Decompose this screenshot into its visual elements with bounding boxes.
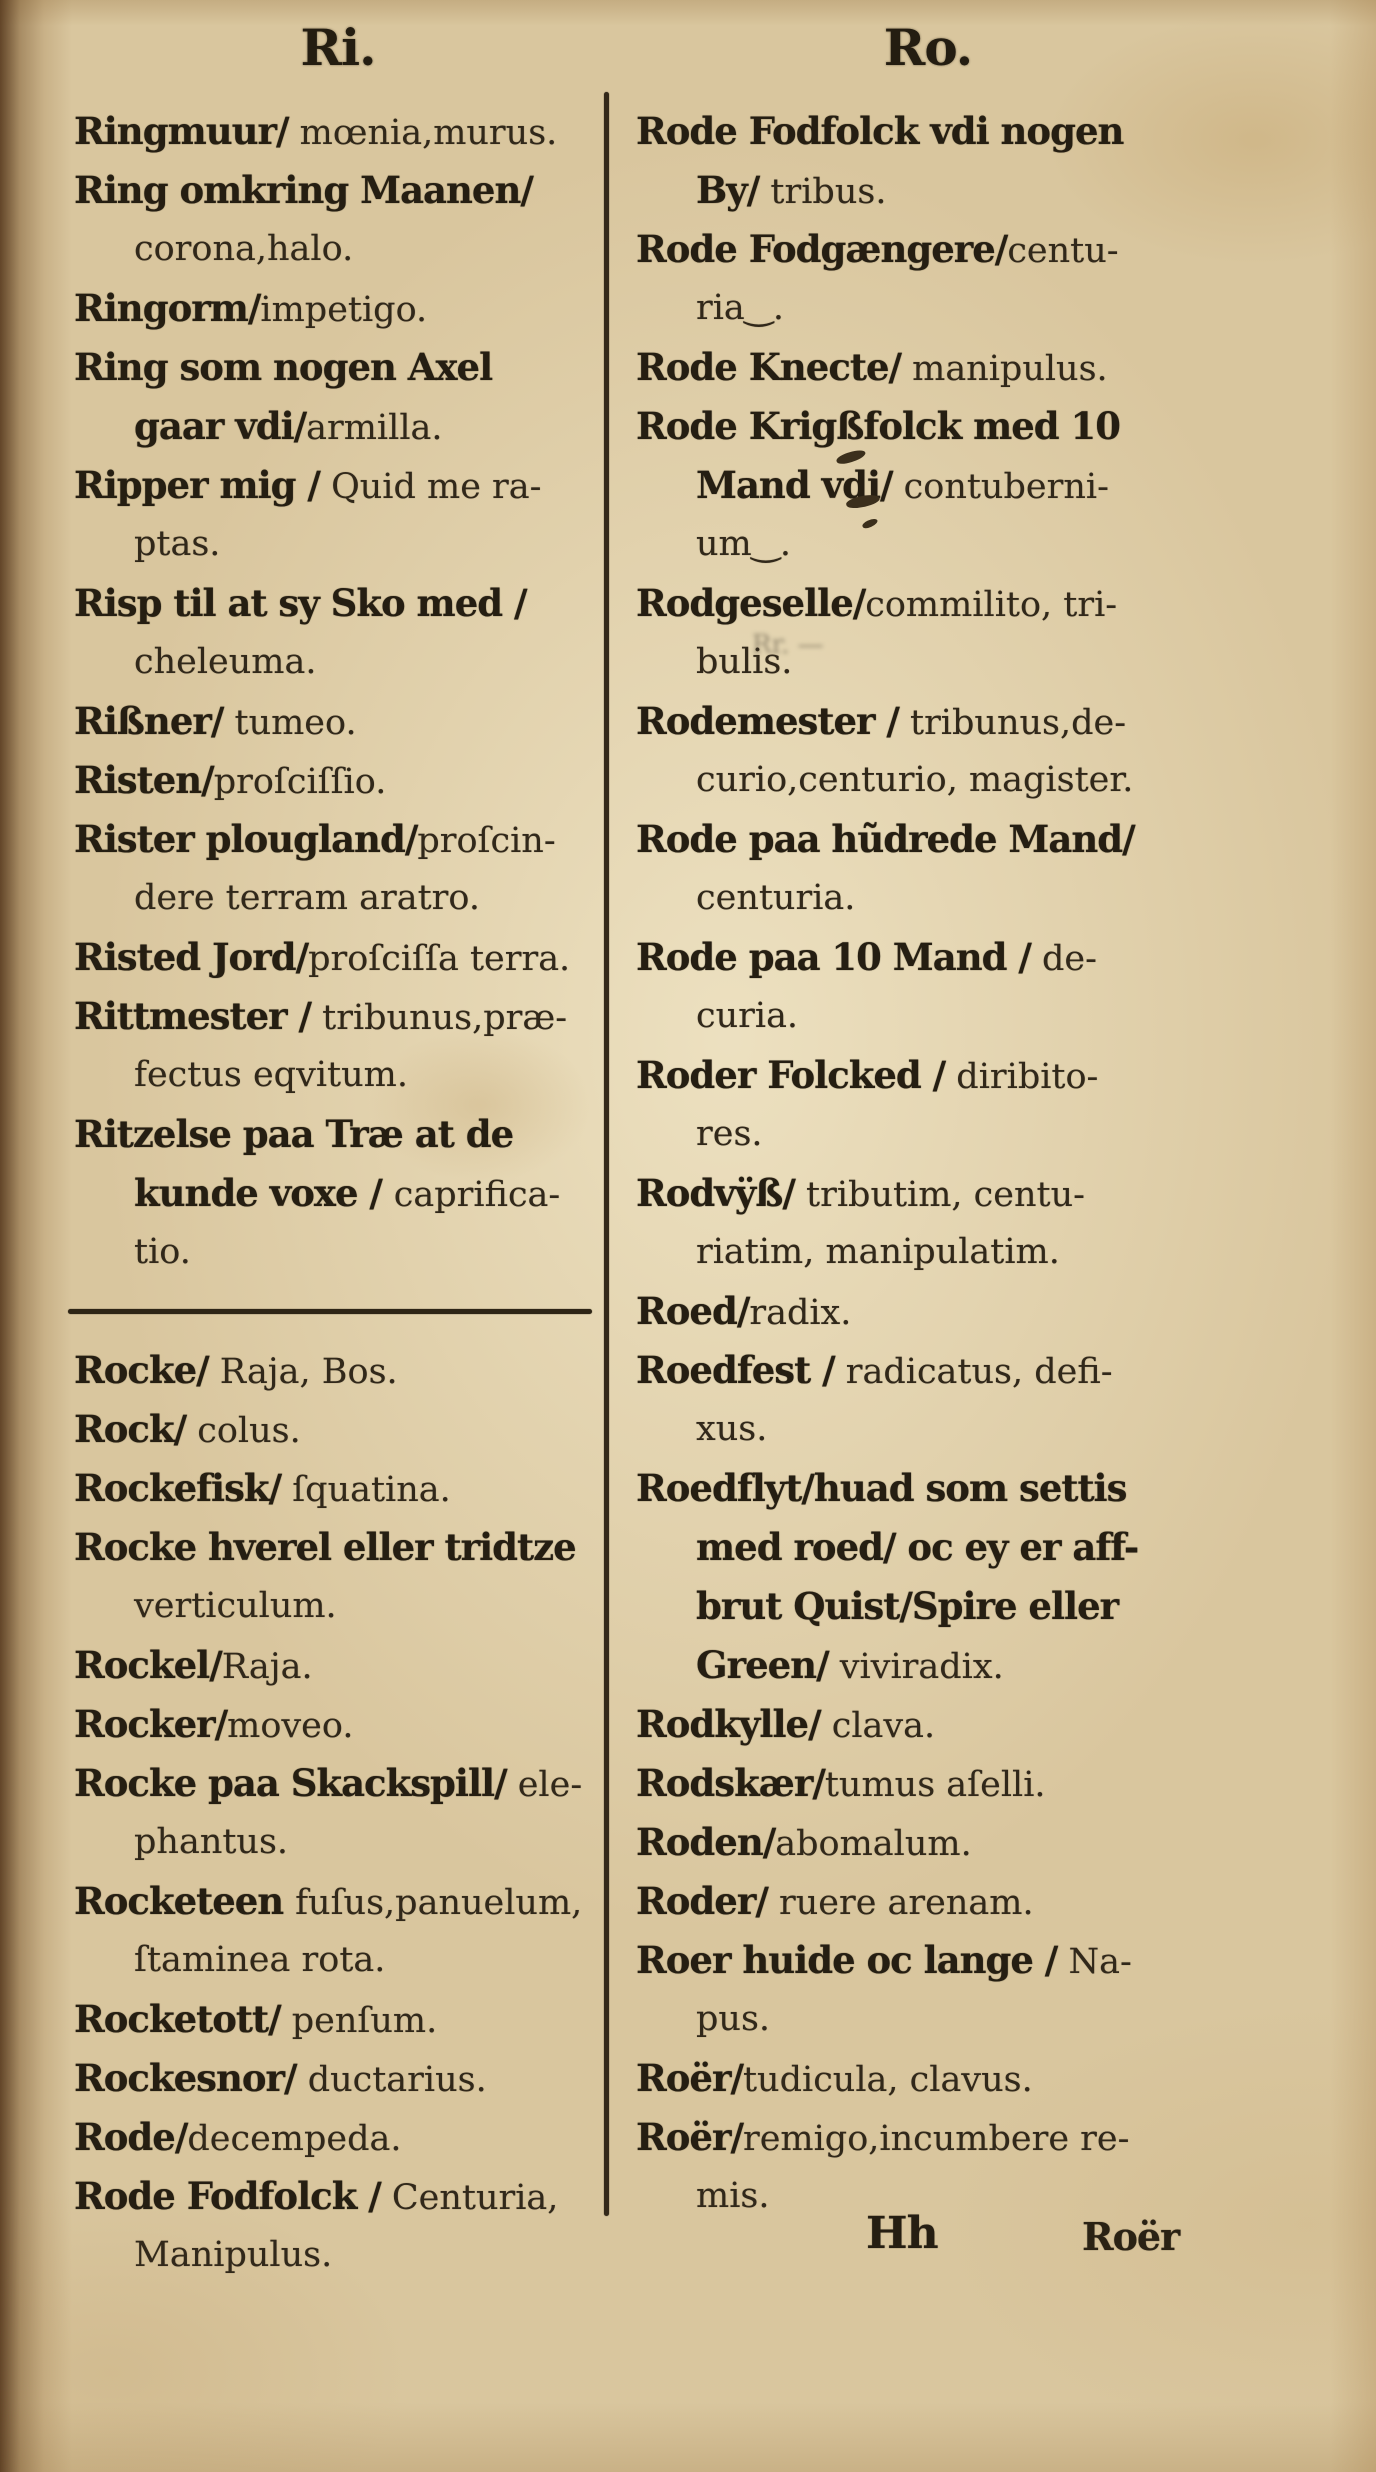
right-column-header: Ro. (636, 18, 1220, 102)
headword-blackletter-text: Rißner/ (74, 699, 223, 743)
latin-gloss-text: corona,halo. (134, 229, 353, 269)
headword-blackletter-text: Risp til at sy Sko med / (74, 581, 527, 625)
latin-gloss-text: curio,centurio, magister. (696, 760, 1133, 800)
dictionary-entry-line: med roed/ oc ey er aff- (636, 1518, 1220, 1577)
dictionary-entry-line: Rodemester / tribunus,de- (636, 692, 1220, 751)
latin-gloss-text: ptas. (134, 524, 220, 564)
headword-blackletter-text: Ring omkring Maanen/ (74, 168, 533, 212)
headword-blackletter-text: Roër/ (636, 2115, 743, 2159)
headword-blackletter-text: Green/ (696, 1643, 829, 1687)
dictionary-entry-line: Rockefisk/ ſquatina. (74, 1459, 602, 1518)
latin-gloss-text: verticulum. (134, 1586, 337, 1626)
headword-blackletter-text: Rister plougland/ (74, 817, 417, 861)
headword-blackletter-text: Rock/ (74, 1407, 186, 1451)
latin-gloss-text: Raja. (222, 1647, 313, 1687)
latin-gloss-text: mis. (696, 2176, 769, 2216)
latin-gloss-text: phantus. (134, 1822, 288, 1862)
dictionary-entry-line: centuria. (636, 869, 1220, 928)
headword-blackletter-text: Rodgeselle/ (636, 581, 865, 625)
dictionary-entry-line: ptas. (74, 515, 602, 574)
right-column-lines: Rode Fodfolck vdi nogenBy/ tribus.Rode F… (636, 102, 1220, 2226)
latin-gloss-text: Na- (1057, 1942, 1131, 1982)
scanned-book-page: { "page": { "left_header": "Ri.", "right… (0, 0, 1376, 2472)
dictionary-entry-line: Rode Krigßfolck med 10 (636, 397, 1220, 456)
dictionary-entry-line: Rocker/moveo. (74, 1695, 602, 1754)
dictionary-entry-line: pus. (636, 1990, 1220, 2049)
latin-gloss-text: ria‿. (696, 288, 784, 328)
latin-gloss-text: tribunus,de- (899, 703, 1126, 743)
dictionary-entry-line: Rocke paa Skackspill/ ele- (74, 1754, 602, 1813)
dictionary-entry-line: Rode/decempeda. (74, 2108, 602, 2167)
headword-blackletter-text: Ring som nogen Axel (74, 345, 492, 389)
left-column: Ri. Ringmuur/ mœnia,murus.Ring omkring M… (74, 18, 602, 2285)
dictionary-entry-line: Rittmester / tribunus,præ- (74, 987, 602, 1046)
left-column-header: Ri. (74, 18, 602, 102)
dictionary-entry-line: corona,halo. (74, 220, 602, 279)
latin-gloss-text: de- (1031, 939, 1097, 979)
dictionary-entry-line: gaar vdi/armilla. (74, 397, 602, 456)
headword-blackletter-text: Rocke/ (74, 1348, 209, 1392)
latin-gloss-text: tribus. (759, 172, 886, 212)
headword-blackletter-text: Rode Fodfolck vdi nogen (636, 109, 1123, 153)
latin-gloss-text: decempeda. (187, 2119, 401, 2159)
latin-gloss-text: fuſus,panuelum, (295, 1883, 582, 1923)
latin-gloss-text: Centuria, (381, 2178, 559, 2218)
dictionary-entry-line: Rode paa 10 Mand / de- (636, 928, 1220, 987)
dictionary-entry-line: Rode Fodgængere/centu- (636, 220, 1220, 279)
headword-blackletter-text: Rode Fodfolck / (74, 2174, 381, 2218)
dictionary-entry-line: Roder Folcked / diribito- (636, 1046, 1220, 1105)
latin-gloss-text: ſtaminea rota. (134, 1940, 385, 1980)
dictionary-entry-line: Ring omkring Maanen/ (74, 161, 602, 220)
dictionary-entry-line: Roder/ ruere arenam. (636, 1872, 1220, 1931)
dictionary-entry-line: Rocke hverel eller tridtze (74, 1518, 602, 1577)
dictionary-entry-line: riatim, manipulatim. (636, 1223, 1220, 1282)
latin-gloss-text: pus. (696, 1999, 770, 2039)
headword-blackletter-text: Rodvÿß/ (636, 1171, 795, 1215)
latin-gloss-text: riatim, manipulatim. (696, 1232, 1060, 1272)
latin-gloss-text: radix. (749, 1293, 851, 1333)
headword-blackletter-text: med roed/ oc ey er aff- (696, 1525, 1138, 1569)
dictionary-entry-line: Rockel/Raja. (74, 1636, 602, 1695)
headword-blackletter-text: Roer huide oc lange / (636, 1938, 1057, 1982)
dictionary-entry-line: Rocketeen fuſus,panuelum, (74, 1872, 602, 1931)
headword-blackletter-text: Rodkylle/ (636, 1702, 821, 1746)
dictionary-entry-line: Rode Fodfolck / Centuria, (74, 2167, 602, 2226)
dictionary-entry-line: Manipulus. (74, 2226, 602, 2285)
latin-gloss-text: contuberni- (893, 467, 1109, 507)
latin-gloss-text: moveo. (227, 1706, 353, 1746)
latin-gloss-text: centuria. (696, 878, 855, 918)
dictionary-entry-line: bulis. (636, 633, 1220, 692)
headword-blackletter-text: Rocketott/ (74, 1997, 281, 2041)
dictionary-entry-line: Risp til at sy Sko med / (74, 574, 602, 633)
dictionary-entry-line: Risted Jord/proſciſſa terra. (74, 928, 602, 987)
dictionary-entry-line: Rodvÿß/ tributim, centu- (636, 1164, 1220, 1223)
headword-blackletter-text: gaar vdi/ (134, 404, 306, 448)
dictionary-entry-line: Ringmuur/ mœnia,murus. (74, 102, 602, 161)
latin-gloss-text: tributim, centu- (795, 1175, 1085, 1215)
dictionary-entry-line: curia. (636, 987, 1220, 1046)
latin-gloss-text: res. (696, 1114, 763, 1154)
latin-gloss-text: ruere arenam. (768, 1883, 1034, 1923)
headword-blackletter-text: Rockesnor/ (74, 2056, 297, 2100)
dictionary-entry-line: Rodgeselle/commilito, tri- (636, 574, 1220, 633)
latin-gloss-text: armilla. (306, 408, 442, 448)
dictionary-entry-line: curio,centurio, magister. (636, 751, 1220, 810)
headword-blackletter-text: Risted Jord/ (74, 935, 308, 979)
latin-gloss-text: tio. (134, 1232, 191, 1272)
dictionary-entry-line: By/ tribus. (636, 161, 1220, 220)
dictionary-entry-line: Rock/ colus. (74, 1400, 602, 1459)
headword-blackletter-text: Rode paa hũdrede Mand/ (636, 817, 1135, 861)
ink-smudge: Rr. — (752, 630, 902, 664)
headword-blackletter-text: Rocketeen (74, 1879, 295, 1923)
dictionary-entry-line: Roed/radix. (636, 1282, 1220, 1341)
headword-blackletter-text: Roder/ (636, 1879, 768, 1923)
dictionary-entry-line: dere terram aratro. (74, 869, 602, 928)
dictionary-entry-line: Roedfest / radicatus, defi- (636, 1341, 1220, 1400)
dictionary-entry-line: Roer huide oc lange / Na- (636, 1931, 1220, 1990)
headword-blackletter-text: Rocke hverel eller tridtze (74, 1525, 576, 1569)
latin-gloss-text: penſum. (281, 2001, 438, 2041)
latin-gloss-text: xus. (696, 1409, 767, 1449)
latin-gloss-text: centu- (1007, 231, 1118, 271)
catchword: Roër (1082, 2214, 1179, 2259)
latin-gloss-text: clava. (821, 1706, 936, 1746)
dictionary-entry-line: phantus. (74, 1813, 602, 1872)
latin-gloss-text: impetigo. (260, 290, 427, 330)
latin-gloss-text: caprifica- (394, 1175, 560, 1215)
dictionary-entry-line: Rißner/ tumeo. (74, 692, 602, 751)
dictionary-entry-line: Rodskær/tumus aſelli. (636, 1754, 1220, 1813)
latin-gloss-text: ſquatina. (281, 1470, 451, 1510)
latin-gloss-text: curia. (696, 996, 798, 1036)
dictionary-entry-line: Roden/abomalum. (636, 1813, 1220, 1872)
dictionary-entry-line: ria‿. (636, 279, 1220, 338)
latin-gloss-text: remigo,incumbere re- (743, 2119, 1129, 2159)
dictionary-entry-line: Rocketott/ penſum. (74, 1990, 602, 2049)
dictionary-entry-line: Green/ viviradix. (636, 1636, 1220, 1695)
headword-blackletter-text: Roed/ (636, 1289, 749, 1333)
latin-gloss-text: cheleuma. (134, 642, 317, 682)
latin-gloss-text: viviradix. (829, 1647, 1004, 1687)
headword-blackletter-text: Ringmuur/ (74, 109, 289, 153)
dictionary-entry-line: kunde voxe / caprifica- (74, 1164, 602, 1223)
headword-blackletter-text: Rockel/ (74, 1643, 222, 1687)
headword-blackletter-text: Rodemester / (636, 699, 899, 743)
dictionary-entry-line: Ring som nogen Axel (74, 338, 602, 397)
headword-blackletter-text: Rode Knecte/ (636, 345, 901, 389)
dictionary-entry-line: ſtaminea rota. (74, 1931, 602, 1990)
dictionary-entry-line: Rodkylle/ clava. (636, 1695, 1220, 1754)
latin-gloss-text: diribito- (945, 1057, 1098, 1097)
headword-blackletter-text: Rode Fodgængere/ (636, 227, 1007, 271)
dictionary-entry-line: Rode paa hũdrede Mand/ (636, 810, 1220, 869)
headword-blackletter-text: Rockefisk/ (74, 1466, 281, 1510)
latin-gloss-text: radicatus, defi- (835, 1352, 1113, 1392)
headword-blackletter-text: Rode Krigßfolck med 10 (636, 404, 1120, 448)
dictionary-entry-line: um‿. (636, 515, 1220, 574)
dictionary-entry-line: fectus eqvitum. (74, 1046, 602, 1105)
latin-gloss-text: commilito, tri- (865, 585, 1117, 625)
latin-gloss-text: Raja, Bos. (209, 1352, 398, 1392)
latin-gloss-text: Quid me ra- (320, 467, 542, 507)
latin-gloss-text: proſciſſa terra. (308, 939, 570, 979)
headword-blackletter-text: Roden/ (636, 1820, 775, 1864)
dictionary-entry-line: Roër/remigo,incumbere re- (636, 2108, 1220, 2167)
dictionary-entry-line: Roedflyt/huad som settis (636, 1459, 1220, 1518)
latin-gloss-text: dere terram aratro. (134, 878, 480, 918)
dictionary-entry-line: cheleuma. (74, 633, 602, 692)
left-column-lines: Ringmuur/ mœnia,murus.Ring omkring Maane… (74, 102, 602, 2285)
headword-blackletter-text: Rode paa 10 Mand / (636, 935, 1031, 979)
latin-gloss-text: manipulus. (901, 349, 1108, 389)
dictionary-entry-line: Ritzelse paa Træ at de (74, 1105, 602, 1164)
dictionary-entry-line: Mand vdi/ contuberni- (636, 456, 1220, 515)
dictionary-entry-line: Rocke/ Raja, Bos. (74, 1341, 602, 1400)
headword-blackletter-text: By/ (696, 168, 759, 212)
dictionary-entry-line: res. (636, 1105, 1220, 1164)
right-column: Ro. Rode Fodfolck vdi nogenBy/ tribus.Ro… (636, 18, 1220, 2226)
headword-blackletter-text: Roër/ (636, 2056, 743, 2100)
latin-gloss-text: colus. (186, 1411, 301, 1451)
dictionary-entry-line: Ripper mig / Quid me ra- (74, 456, 602, 515)
headword-blackletter-text: Rode/ (74, 2115, 187, 2159)
signature-mark: Hh (866, 2208, 938, 2259)
headword-blackletter-text: Ritzelse paa Træ at de (74, 1112, 513, 1156)
dictionary-entry-line: Ringorm/impetigo. (74, 279, 602, 338)
latin-gloss-text: ele- (507, 1765, 583, 1805)
headword-blackletter-text: kunde voxe / (134, 1171, 394, 1215)
headword-blackletter-text: Roedflyt/huad som settis (636, 1466, 1126, 1510)
latin-gloss-text: proſciſſio. (214, 762, 387, 802)
headword-blackletter-text: Roedfest / (636, 1348, 835, 1392)
headword-blackletter-text: Rittmester / (74, 994, 311, 1038)
latin-gloss-text: tribunus,præ- (311, 998, 567, 1038)
dictionary-entry-line: xus. (636, 1400, 1220, 1459)
latin-gloss-text: um‿. (696, 524, 791, 564)
latin-gloss-text: fectus eqvitum. (134, 1055, 408, 1095)
dictionary-entry-line: Risten/proſciſſio. (74, 751, 602, 810)
headword-blackletter-text: Rodskær/ (636, 1761, 825, 1805)
dictionary-entry-line: tio. (74, 1223, 602, 1282)
latin-gloss-text: Manipulus. (134, 2235, 332, 2275)
headword-blackletter-text: Ringorm/ (74, 286, 260, 330)
headword-blackletter-text: Rocke paa Skackspill/ (74, 1761, 507, 1805)
dictionary-entry-line: Rode Fodfolck vdi nogen (636, 102, 1220, 161)
separator-rule-line (68, 1309, 592, 1314)
headword-blackletter-text: Ripper mig / (74, 463, 320, 507)
section-separator-rule (74, 1282, 602, 1341)
headword-blackletter-text: Roder Folcked / (636, 1053, 945, 1097)
latin-gloss-text: proſcin- (417, 821, 555, 861)
latin-gloss-text: tudicula, clavus. (743, 2060, 1033, 2100)
latin-gloss-text: mœnia,murus. (289, 113, 558, 153)
latin-gloss-text: tumeo. (223, 703, 356, 743)
column-divider-rule (604, 92, 609, 2216)
dictionary-entry-line: Rister plougland/proſcin- (74, 810, 602, 869)
latin-gloss-text: ductarius. (297, 2060, 487, 2100)
dictionary-entry-line: Roër/tudicula, clavus. (636, 2049, 1220, 2108)
dictionary-entry-line: brut Quist/Spire eller (636, 1577, 1220, 1636)
latin-gloss-text: tumus aſelli. (825, 1765, 1046, 1805)
headword-blackletter-text: brut Quist/Spire eller (696, 1584, 1118, 1628)
dictionary-entry-line: Rode Knecte/ manipulus. (636, 338, 1220, 397)
headword-blackletter-text: Rocker/ (74, 1702, 227, 1746)
dictionary-entry-line: verticulum. (74, 1577, 602, 1636)
latin-gloss-text: abomalum. (775, 1824, 971, 1864)
dictionary-entry-line: Rockesnor/ ductarius. (74, 2049, 602, 2108)
headword-blackletter-text: Risten/ (74, 758, 214, 802)
